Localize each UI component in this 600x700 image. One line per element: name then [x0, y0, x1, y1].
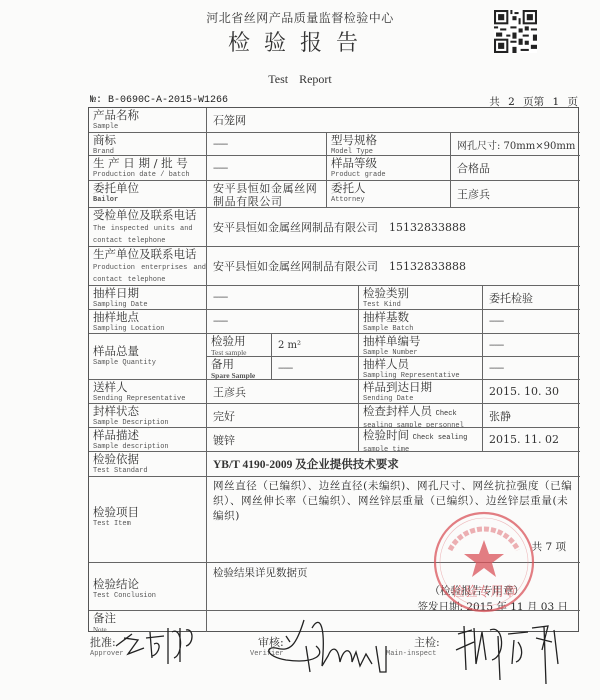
value-sampling-rep: ------: [483, 357, 580, 380]
value-text: 网孔尺寸: 70mm×90mm: [451, 133, 580, 155]
label-en: Test Item: [89, 519, 206, 529]
label-en: Bailor: [89, 195, 206, 205]
label-sampling-rep: 抽样人员 Sampling Representative: [359, 357, 483, 380]
label-sample-desc: 样品描述 Sample description: [89, 428, 207, 452]
label-en: Brand: [89, 147, 206, 156]
value-product-grade: 合格品: [451, 156, 580, 181]
label-en: Sending Date: [359, 394, 482, 404]
value-test-conclusion: 检验结果详见数据页 （检验报告专用章） 签发日期: 2015 年 11 月 03…: [207, 563, 580, 611]
value-sampling-location: ------: [207, 310, 359, 334]
label-sending-date: 样品到达日期 Sending Date: [359, 380, 483, 404]
label-en: Sample: [89, 122, 206, 132]
value-production-date: ------: [207, 156, 327, 181]
label-cn: 生产单位及联系电话: [89, 247, 206, 261]
value-text: 张静: [483, 404, 580, 427]
label-cn: 产品名称: [89, 108, 206, 122]
label-cn: 检验依据: [89, 452, 206, 466]
value-test-standard: YB/T 4190-2009 及企业提供技术要求: [207, 452, 580, 477]
label-cn: 样品到达日期: [359, 380, 482, 394]
label-en-suffix: Check: [436, 410, 457, 418]
label-en: Sampling Date: [89, 300, 206, 310]
label-bailor: 委托单位 Bailor: [89, 181, 207, 208]
value-brand: ------: [207, 133, 327, 156]
label-cn: 委托单位: [89, 181, 206, 195]
value-text: YB/T 4190-2009 及企业提供技术要求: [207, 452, 580, 476]
value-spare-sample: ------: [272, 357, 359, 380]
verifier-label: 审核:: [258, 634, 284, 650]
label-cn: 检验结论: [89, 577, 206, 591]
value-text: ------: [207, 156, 326, 180]
label-sample-number: 抽样单编号 Sample Number: [359, 334, 483, 357]
value-sample: 石笼网: [207, 108, 580, 133]
value-inspected-units: 安平县恒如金属丝网制品有限公司 15132833888: [207, 208, 580, 247]
value-model-type: 网孔尺寸: 70mm×90mm: [451, 133, 580, 156]
value-text: 石笼网: [207, 108, 580, 132]
value-text: 完好: [207, 404, 358, 427]
value-production-enterprises: 安平县恒如金属丝网制品有限公司 15132833888: [207, 247, 580, 286]
label-note: 备注 Note: [89, 611, 207, 632]
label-en: Test Conclusion: [89, 591, 206, 601]
label-cn: 检验类别: [359, 286, 482, 300]
approver-signature: [110, 624, 210, 672]
label-cn: 商标: [89, 133, 206, 147]
label-model-type: 型号规格 Model Type: [327, 133, 451, 156]
label-cn: 检查封样人员 Check: [359, 404, 482, 421]
value-text: 镀锌: [207, 428, 358, 451]
value-text: 安平县恒如金属丝网制品有限公司 15132833888: [207, 247, 580, 285]
main-inspect-label-en: Main-inspect: [386, 650, 436, 658]
label-production-enterprises: 生产单位及联系电话 Production enterprises and con…: [89, 247, 207, 286]
value-text: ------: [483, 334, 580, 356]
label-en: Sending Representative: [89, 394, 206, 404]
label-en: sealing sample personnel: [359, 421, 482, 428]
label-sample-quantity: 样品总量 Sample Quantity: [89, 334, 207, 380]
label-brand: 商标 Brand: [89, 133, 207, 156]
value-sampling-date: ------: [207, 286, 359, 310]
approver-label: 批准:: [90, 634, 116, 650]
value-text: 2015. 10. 30: [483, 380, 580, 403]
label-test-sample: 检验用 Test sample: [207, 334, 272, 357]
value-note: [207, 611, 580, 632]
label-en: Note: [89, 625, 206, 632]
label-production-date: 生 产 日 期 / 批 号 Production date / batch: [89, 156, 207, 181]
value-text: ------: [207, 286, 358, 309]
label-attorney: 委托人 Attorney: [327, 181, 451, 208]
label-inspected-units: 受检单位及联系电话 The inspected units and contac…: [89, 208, 207, 247]
label-check-time: 检验时间 Check sealing sample time: [359, 428, 483, 452]
label-en: Production enterprises and contact telep…: [89, 262, 206, 286]
label-cn: 抽样地点: [89, 310, 206, 324]
label-en: Model Type: [327, 147, 450, 156]
value-text: 2 m²: [272, 334, 358, 356]
qr-code-icon: [494, 10, 537, 53]
label-check-personnel: 检查封样人员 Check sealing sample personnel: [359, 404, 483, 428]
label-sending-rep: 送样人 Sending Representative: [89, 380, 207, 404]
label-en: Sampling Location: [89, 324, 206, 334]
value-text: 王彦兵: [207, 380, 358, 403]
item-count: 共 7 项: [532, 539, 566, 554]
report-title-en: Test Report: [0, 72, 600, 87]
label-cn: 样品总量: [89, 344, 206, 358]
approver-label-en: Approver: [90, 650, 124, 658]
label-cn: 抽样单编号: [359, 334, 482, 348]
label-en: Test sample: [207, 348, 271, 357]
seal-note: （检验报告专用章）: [430, 583, 525, 598]
label-cn: 型号规格: [327, 133, 450, 147]
value-bailor: 安平县恒如金属丝网制品有限公司: [207, 181, 327, 208]
label-product-grade: 样品等级 Product grade: [327, 156, 451, 181]
value-text: ------: [272, 357, 358, 379]
value-text: 2015. 11. 02: [483, 428, 580, 451]
label-cn-text: 检验时间: [363, 428, 409, 442]
value-text: ------: [483, 310, 580, 333]
verifier-label-en: Verifier: [250, 650, 284, 658]
value-text: 检验结果详见数据页: [213, 565, 308, 580]
label-en: Product grade: [327, 170, 450, 180]
value-test-sample: 2 m²: [272, 334, 359, 357]
value-sample-desc: 镀锌: [207, 428, 359, 452]
label-cn: 备注: [89, 611, 206, 625]
label-sample-state: 封样状态 Sample Description: [89, 404, 207, 428]
label-cn-text: 检查封样人员: [363, 404, 432, 418]
label-cn: 样品描述: [89, 428, 206, 442]
label-cn: 送样人: [89, 380, 206, 394]
value-test-kind: 委托检验: [483, 286, 580, 310]
label-en-suffix: Check sealing: [413, 434, 468, 442]
value-check-time: 2015. 11. 02: [483, 428, 580, 452]
value-sending-date: 2015. 10. 30: [483, 380, 580, 404]
value-text: ------: [483, 357, 580, 379]
value-text: 合格品: [451, 156, 580, 180]
issue-date: 签发日期: 2015 年 11 月 03 日: [417, 599, 568, 611]
signature-row: 批准: Approver 审核: Verifier 主检: Main-inspe…: [88, 632, 579, 692]
label-en: Sample Quantity: [89, 358, 206, 368]
label-en: Production date / batch: [89, 170, 206, 180]
label-sampling-date: 抽样日期 Sampling Date: [89, 286, 207, 310]
value-text: [207, 611, 580, 632]
label-cn: 备用: [207, 357, 271, 371]
label-test-kind: 检验类别 Test Kind: [359, 286, 483, 310]
label-en: Sample Number: [359, 348, 482, 357]
value-sample-state: 完好: [207, 404, 359, 428]
value-sample-number: ------: [483, 334, 580, 357]
value-text: ------: [207, 133, 326, 155]
value-text: 网丝直径（已编织）、边丝直径(未编织)、网孔尺寸、网丝抗拉强度（已编织）、网丝伸…: [207, 477, 580, 524]
label-cn: 委托人: [327, 181, 450, 195]
value-test-item: 网丝直径（已编织）、边丝直径(未编织)、网孔尺寸、网丝抗拉强度（已编织）、网丝伸…: [207, 477, 580, 563]
label-cn: 封样状态: [89, 404, 206, 418]
label-en: Test Standard: [89, 466, 206, 476]
label-cn: 检验时间 Check sealing: [359, 428, 482, 445]
value-text: 安平县恒如金属丝网制品有限公司 15132833888: [207, 208, 580, 246]
label-en: Sample description: [89, 442, 206, 452]
label-cn: 受检单位及联系电话: [89, 208, 206, 222]
label-en: Sample Description: [89, 418, 206, 428]
label-sample: 产品名称 Sample: [89, 108, 207, 133]
value-text: 委托检验: [483, 286, 580, 309]
label-sampling-location: 抽样地点 Sampling Location: [89, 310, 207, 334]
value-check-personnel: 张静: [483, 404, 580, 428]
label-test-item: 检验项目 Test Item: [89, 477, 207, 563]
label-en: sample time: [359, 445, 482, 452]
label-cn: 抽样日期: [89, 286, 206, 300]
report-number: №: B-0690C-A-2015-W1266: [90, 95, 228, 106]
value-sending-rep: 王彦兵: [207, 380, 359, 404]
label-cn: 抽样基数: [359, 310, 482, 324]
value-text: 王彦兵: [451, 181, 580, 207]
label-cn: 检验用: [207, 334, 271, 348]
label-cn: 抽样人员: [359, 357, 482, 371]
label-en: Sample Batch: [359, 324, 482, 334]
label-test-standard: 检验依据 Test Standard: [89, 452, 207, 477]
value-text: ------: [207, 310, 358, 333]
label-en: Attorney: [327, 195, 450, 205]
label-test-conclusion: 检验结论 Test Conclusion: [89, 563, 207, 611]
report-table: 产品名称 Sample 石笼网 商标 Brand ------ 型号规格 Mod…: [88, 107, 579, 632]
value-sample-batch: ------: [483, 310, 580, 334]
label-en: The inspected units and contact telephon…: [89, 223, 206, 247]
main-inspect-label: 主检:: [414, 634, 440, 650]
label-en: Test Kind: [359, 300, 482, 310]
label-sample-batch: 抽样基数 Sample Batch: [359, 310, 483, 334]
label-en: Sampling Representative: [359, 371, 482, 380]
label-en: Spare Sample: [207, 371, 271, 380]
label-spare-sample: 备用 Spare Sample: [207, 357, 272, 380]
label-cn: 生 产 日 期 / 批 号: [89, 156, 206, 170]
value-attorney: 王彦兵: [451, 181, 580, 208]
label-cn: 样品等级: [327, 156, 450, 170]
label-cn: 检验项目: [89, 505, 206, 519]
value-text: 安平县恒如金属丝网制品有限公司: [207, 181, 326, 207]
